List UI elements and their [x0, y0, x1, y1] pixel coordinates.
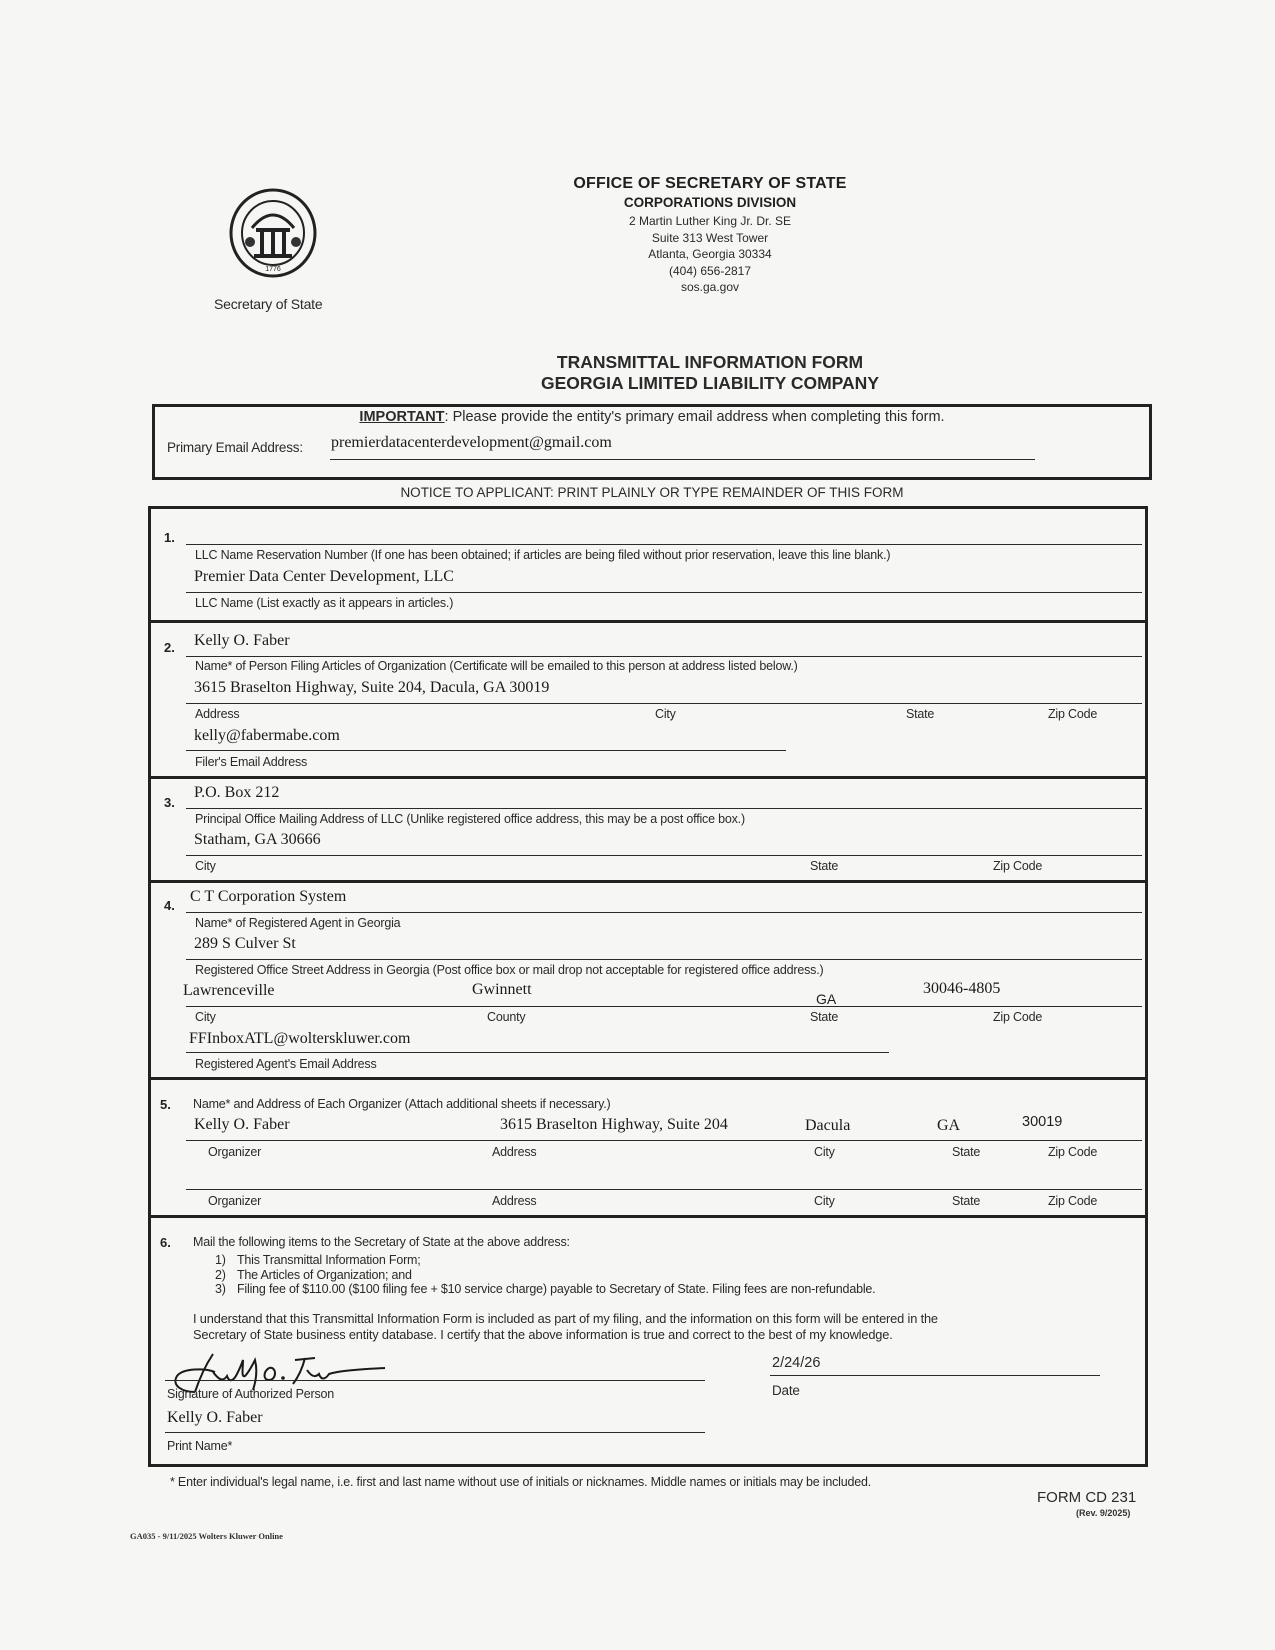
registered-street-field[interactable]: 289 S Culver St [194, 935, 296, 953]
city-label: City [655, 707, 676, 721]
date-label: Date [772, 1383, 800, 1398]
llc-reservation-field[interactable] [194, 524, 1134, 544]
list-item: 1)This Transmittal Information Form; [215, 1253, 875, 1268]
state-seal: 1776 [228, 188, 318, 278]
mail-instructions: Mail the following items to the Secretar… [193, 1235, 570, 1249]
state-label: State [810, 859, 838, 873]
svg-text:1776: 1776 [265, 266, 281, 273]
organizer-heading: Name* and Address of Each Organizer (Att… [193, 1097, 610, 1111]
organizer-name-field[interactable] [194, 1166, 474, 1186]
city-label: City [814, 1145, 835, 1159]
notice-to-applicant: NOTICE TO APPLICANT: PRINT PLAINLY OR TY… [152, 485, 1152, 500]
agent-email-field[interactable]: FFInboxATL@wolterskluwer.com [189, 1030, 410, 1048]
form-number: FORM CD 231 [1037, 1489, 1136, 1506]
zip-label: Zip Code [1048, 707, 1097, 721]
organizer-label: Organizer [208, 1145, 261, 1159]
address-label: Address [492, 1145, 536, 1159]
county-label: County [487, 1010, 525, 1024]
website: sos.ga.gov [370, 279, 1050, 296]
llc-name-label: LLC Name (List exactly as it appears in … [195, 596, 453, 610]
filer-email-field[interactable]: kelly@fabermabe.com [194, 727, 340, 745]
address-line: Suite 313 West Tower [370, 230, 1050, 247]
address-line: Atlanta, Georgia 30334 [370, 246, 1050, 263]
division-title: CORPORATIONS DIVISION [370, 195, 1050, 210]
zip-label: Zip Code [1048, 1145, 1097, 1159]
section-number: 2. [164, 640, 175, 655]
organizer-zip-field[interactable]: 30019 [1022, 1114, 1062, 1130]
registered-city-field[interactable]: Lawrenceville [183, 982, 275, 1000]
organizer-zip-field[interactable] [1022, 1166, 1132, 1186]
form-revision: (Rev. 9/2025) [1076, 1508, 1130, 1518]
registered-street-label: Registered Office Street Address in Geor… [195, 963, 823, 977]
llc-name-field[interactable]: Premier Data Center Development, LLC [194, 568, 454, 586]
organizer-city-field[interactable] [805, 1166, 925, 1186]
state-label: State [810, 1010, 838, 1024]
address-line: 2 Martin Luther King Jr. Dr. SE [370, 213, 1050, 230]
state-label: State [906, 707, 934, 721]
llc-reservation-label: LLC Name Reservation Number (If one has … [195, 548, 890, 562]
organizer-city-field[interactable]: Dacula [805, 1117, 850, 1135]
organizer-address-field[interactable] [500, 1166, 790, 1186]
agent-name-field[interactable]: C T Corporation System [190, 888, 346, 906]
section-number: 4. [164, 898, 175, 913]
signature-label: Signature of Authorized Person [167, 1387, 334, 1401]
organizer-label: Organizer [208, 1194, 261, 1208]
date-field[interactable]: 2/24/26 [772, 1355, 820, 1371]
certify-line: Secretary of State business entity datab… [193, 1327, 938, 1343]
filer-name-field[interactable]: Kelly O. Faber [194, 632, 290, 650]
important-label: IMPORTANT [359, 409, 444, 425]
seal-caption: Secretary of State [214, 296, 322, 312]
filer-name-label: Name* of Person Filing Articles of Organ… [195, 659, 798, 673]
section-number: 1. [164, 530, 175, 545]
filer-email-label: Filer's Email Address [195, 755, 307, 769]
city-label: City [195, 1010, 216, 1024]
section-number: 6. [160, 1235, 171, 1250]
print-name-label: Print Name* [167, 1439, 232, 1453]
organizer-name-field[interactable]: Kelly O. Faber [194, 1116, 290, 1134]
form-title-line1: TRANSMITTAL INFORMATION FORM [370, 352, 1050, 373]
registered-state-field[interactable]: GA [816, 991, 836, 1007]
organizer-state-field[interactable]: GA [937, 1117, 960, 1135]
agent-name-label: Name* of Registered Agent in Georgia [195, 916, 400, 930]
city-label: City [195, 859, 216, 873]
form-title-line2: GEORGIA LIMITED LIABILITY COMPANY [370, 373, 1050, 394]
footnote: * Enter individual's legal name, i.e. fi… [170, 1475, 871, 1489]
agent-email-label: Registered Agent's Email Address [195, 1057, 377, 1071]
georgia-seal-icon: 1776 [228, 188, 318, 278]
zip-label: Zip Code [993, 1010, 1042, 1024]
office-title: OFFICE OF SECRETARY OF STATE [370, 175, 1050, 193]
form-title: TRANSMITTAL INFORMATION FORM GEORGIA LIM… [370, 352, 1050, 394]
office-address: 2 Martin Luther King Jr. Dr. SE Suite 31… [370, 213, 1050, 296]
registered-county-field[interactable]: Gwinnett [472, 981, 532, 999]
zip-label: Zip Code [993, 859, 1042, 873]
mailing-address-label: Principal Office Mailing Address of LLC … [195, 812, 745, 826]
zip-label: Zip Code [1048, 1194, 1097, 1208]
print-name-field[interactable]: Kelly O. Faber [167, 1409, 263, 1427]
city-label: City [814, 1194, 835, 1208]
state-label: State [952, 1145, 980, 1159]
address-label: Address [492, 1194, 536, 1208]
mailing-city-field[interactable]: Statham, GA 30666 [194, 831, 321, 849]
important-line: IMPORTANT: Please provide the entity's p… [152, 409, 1152, 425]
list-item: 3)Filing fee of $110.00 ($100 filing fee… [215, 1282, 875, 1297]
mailing-address-field[interactable]: P.O. Box 212 [194, 784, 279, 802]
registered-zip-field[interactable]: 30046-4805 [923, 980, 1000, 998]
mail-items-list: 1)This Transmittal Information Form; 2)T… [215, 1253, 875, 1297]
phone: (404) 656-2817 [370, 263, 1050, 280]
vendor-footer: GA035 - 9/11/2025 Wolters Kluwer Online [130, 1531, 283, 1541]
certification-text: I understand that this Transmittal Infor… [193, 1311, 938, 1343]
state-label: State [952, 1194, 980, 1208]
list-item: 2)The Articles of Organization; and [215, 1268, 875, 1283]
section-number: 3. [164, 795, 175, 810]
primary-email-label: Primary Email Address: [167, 440, 303, 455]
organizer-address-field[interactable]: 3615 Braselton Highway, Suite 204 [500, 1116, 728, 1134]
primary-email-field[interactable]: premierdatacenterdevelopment@gmail.com [331, 434, 612, 452]
organizer-state-field[interactable] [937, 1166, 1007, 1186]
section-number: 5. [160, 1097, 171, 1112]
filer-address-field[interactable]: 3615 Braselton Highway, Suite 204, Dacul… [194, 679, 549, 697]
important-text: : Please provide the entity's primary em… [445, 409, 945, 425]
address-label: Address [195, 707, 239, 721]
certify-line: I understand that this Transmittal Infor… [193, 1311, 938, 1327]
